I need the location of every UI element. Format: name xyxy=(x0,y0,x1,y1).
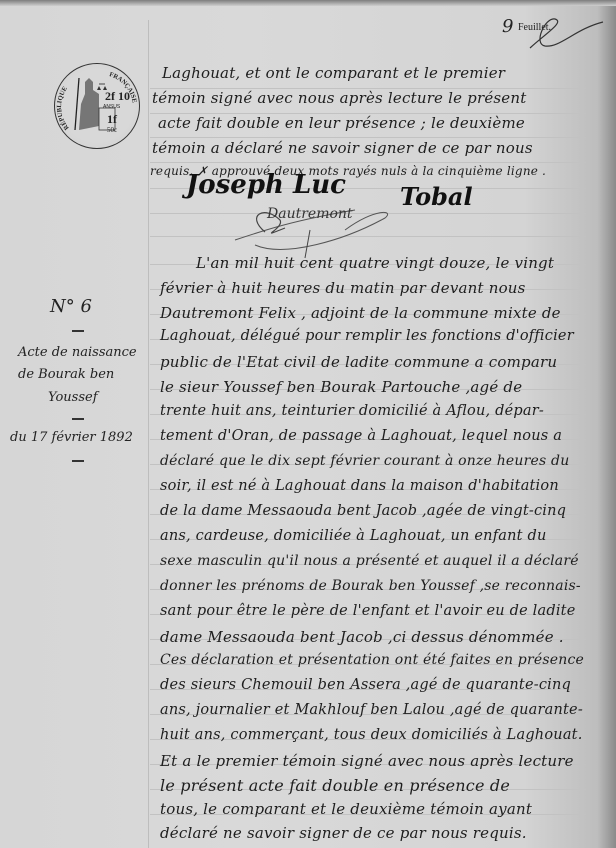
dash-divider xyxy=(72,418,84,420)
text-line: tous, le comparant et le deuxième témoin… xyxy=(160,800,532,818)
text-line: déclaré que le dix sept février courant … xyxy=(160,453,569,469)
stamp-value-bottom: 1f xyxy=(107,112,117,127)
text-line: des sieurs Chemouil ben Assera ,agé de q… xyxy=(160,677,571,693)
document-page: 9 Feuillet. RÉPUBLIQUE FRANÇAISE 2f 10 A… xyxy=(0,0,616,848)
signature-witness: Joseph Luc xyxy=(186,170,346,200)
text-line: février à huit heures du matin par devan… xyxy=(160,279,526,297)
text-line: Ces déclaration et présentation ont été … xyxy=(160,652,584,668)
text-line: public de l'Etat civil de ladite commune… xyxy=(160,353,557,371)
text-line: donner les prénoms de Bourak ben Youssef… xyxy=(160,578,581,594)
act-title-line: Youssef xyxy=(48,390,98,405)
act-number: N° 6 xyxy=(50,296,92,317)
stamp-value-cents: 50c xyxy=(107,126,117,134)
act-date: du 17 février 1892 xyxy=(10,430,133,445)
text-line: de la dame Messaouda bent Jacob ,agée de… xyxy=(160,503,566,519)
text-line: déclaré ne savoir signer de ce par nous … xyxy=(160,824,527,842)
margin-line xyxy=(148,20,149,848)
marianne-seal-icon: RÉPUBLIQUE FRANÇAISE xyxy=(55,64,139,148)
text-line: Dautremont Felix , adjoint de la commune… xyxy=(160,304,561,322)
text-line: témoin a déclaré ne savoir signer de ce … xyxy=(152,139,533,157)
text-line: L'an mil huit cent quatre vingt douze, l… xyxy=(196,254,554,272)
text-line: Et a le premier témoin signé avec nous a… xyxy=(160,752,574,770)
stamp-value-sub: ANSUS xyxy=(103,104,120,110)
act-title-line: Acte de naissance xyxy=(18,345,137,360)
text-line: sexe masculin qu'il nous a présenté et a… xyxy=(160,553,579,569)
signature-second: Tobal xyxy=(400,182,473,211)
text-line: tement d'Oran, de passage à Laghouat, le… xyxy=(160,428,562,444)
text-line: témoin signé avec nous après lecture le … xyxy=(152,89,526,107)
stamp-value-top: 2f 10 xyxy=(105,90,130,102)
folio-number: 9 xyxy=(502,16,513,37)
text-line: le présent acte fait double en présence … xyxy=(160,776,510,795)
dash-divider xyxy=(72,460,84,462)
text-line: trente huit ans, teinturier domicilié à … xyxy=(160,403,544,419)
text-line: ans, cardeuse, domiciliée à Laghouat, un… xyxy=(160,528,547,544)
text-line: soir, il est né à Laghouat dans la maiso… xyxy=(160,478,559,494)
text-line: huit ans, commerçant, tous deux domicili… xyxy=(160,727,583,743)
signature-officer-top: Dautremont xyxy=(225,200,405,260)
tax-stamp: RÉPUBLIQUE FRANÇAISE 2f 10 ANSUS 1f 50c xyxy=(54,63,140,149)
text-line: Laghouat, et ont le comparant et le prem… xyxy=(162,64,505,82)
dash-divider xyxy=(72,330,84,332)
page-top-edge xyxy=(0,0,616,6)
text-line: sant pour être le père de l'enfant et l'… xyxy=(160,603,576,619)
act-title-line: de Bourak ben xyxy=(18,367,114,382)
text-line: Laghouat, délégué pour remplir les fonct… xyxy=(160,328,574,344)
text-line: ans, journalier et Makhlouf ben Lalou ,a… xyxy=(160,702,583,718)
folio-flourish-icon xyxy=(525,14,605,54)
svg-text:RÉPUBLIQUE: RÉPUBLIQUE xyxy=(56,85,71,131)
text-line: le sieur Youssef ben Bourak Partouche ,a… xyxy=(160,378,522,396)
text-line: dame Messaouda bent Jacob ,ci dessus dén… xyxy=(160,628,564,646)
text-line: acte fait double en leur présence ; le d… xyxy=(158,114,525,132)
